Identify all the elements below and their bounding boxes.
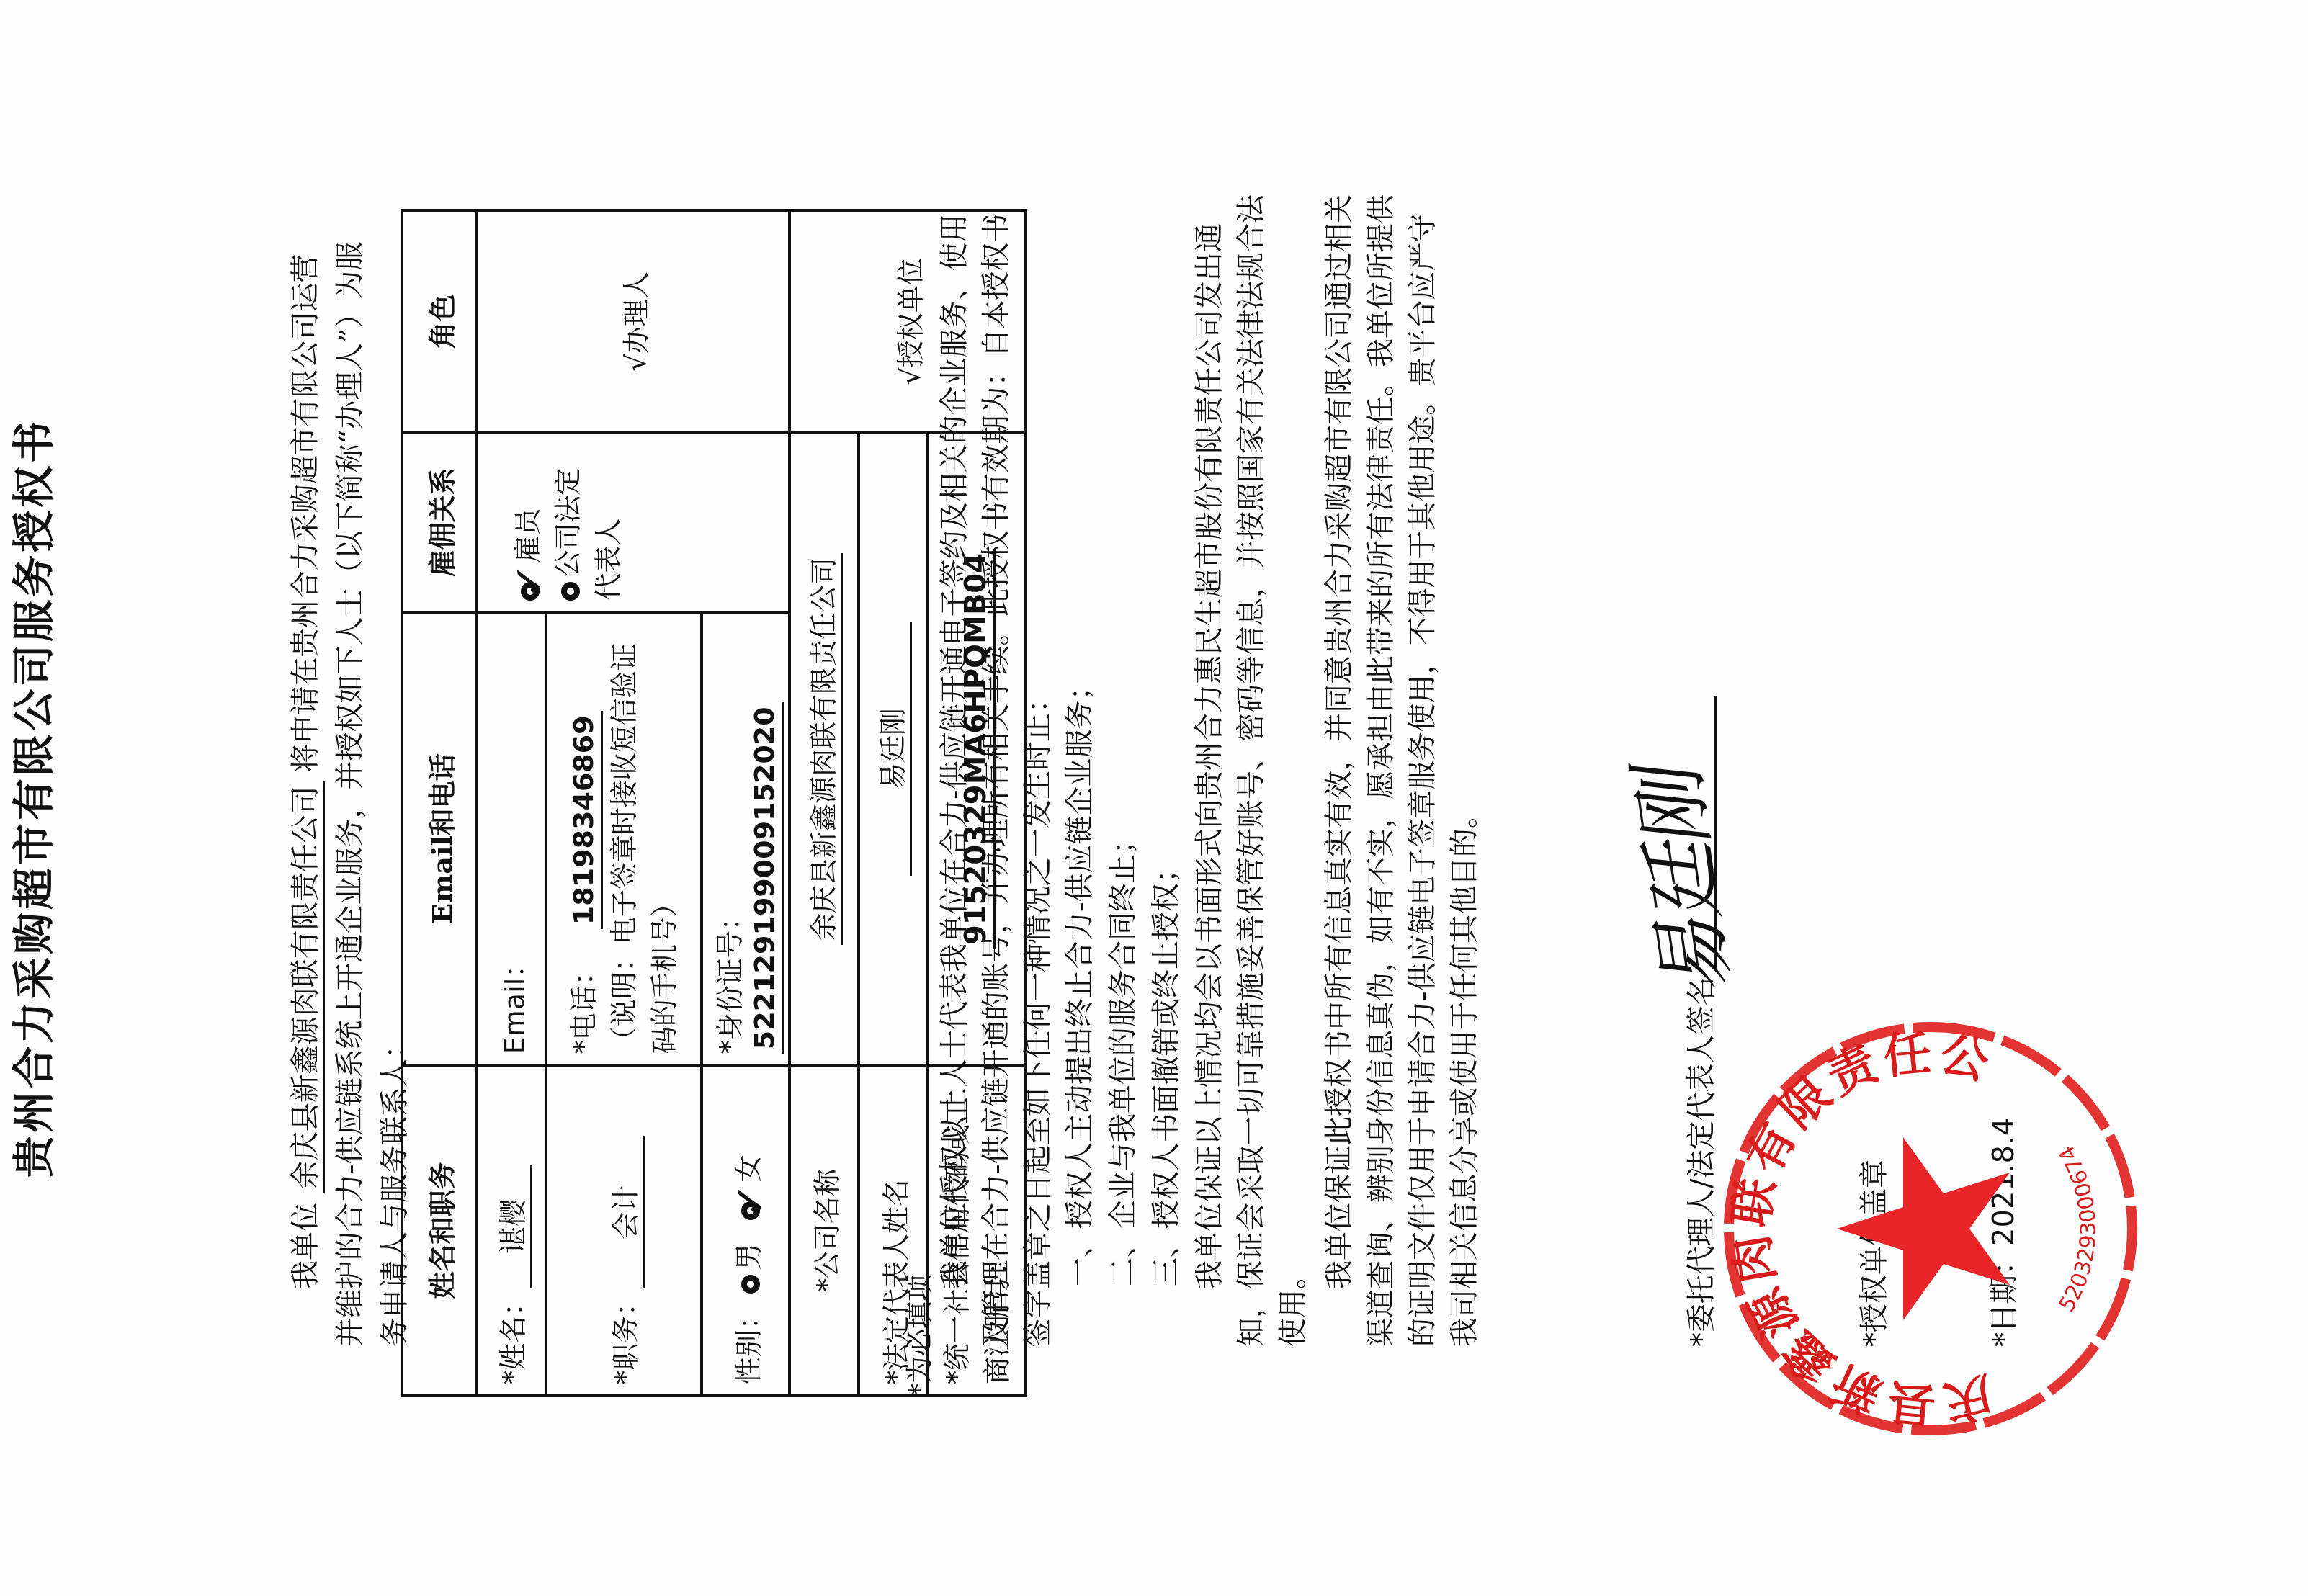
header-email-phone: Email和电话 [402, 612, 477, 1065]
agent-row-1: *姓名：谌樱 Email： ✓雇员 公司法定代表人 √办理人 [477, 210, 546, 1396]
agent-id-number[interactable]: 522129199009152020 [747, 702, 784, 1054]
company-row-1: *公司名称 余庆县新鑫源肉联有限责任公司 √授权单位 [790, 210, 859, 1396]
legal-rep-cell: 易廷刚 [859, 433, 928, 1065]
agent-phone[interactable]: 18198346869 [566, 711, 603, 929]
intro-line-1: 我单位 余庆县新鑫源肉联有限责任公司 将申请在贵州合力采购超市有限公司运营 [285, 202, 326, 1347]
handwritten-signature[interactable]: 易廷刚 [1606, 767, 1750, 1005]
intro-line-2: 并维护的合力-供应链系统上开通企业服务，并授权如下人士（以下简称“办理人”）为服 [330, 202, 370, 1347]
name-label: *姓名： [497, 1288, 529, 1384]
gender-option-male[interactable]: 男 [733, 1243, 764, 1294]
paragraph-1: 我单位授权以上人士代表我单位在合力-供应链开通电子签约及相关的企业服务、使用及管… [934, 194, 1059, 1347]
company-name-cell: 余庆县新鑫源肉联有限责任公司 [790, 433, 859, 1065]
employment-cell: ✓雇员 公司法定代表人 [477, 433, 790, 612]
intro-line1-suffix: 将申请在贵州合力采购超市有限公司运营 [289, 254, 322, 773]
option-label: 女 [733, 1155, 764, 1182]
paragraph-3: 我单位保证此授权书中所有信息真实有效，并同意贵州合力采购超市有限公司通过相关渠道… [1318, 194, 1485, 1347]
legal-rep-name[interactable]: 易廷刚 [875, 622, 912, 876]
position-label: *职务： [609, 1288, 641, 1384]
id-label: *身份证号： [714, 903, 746, 1054]
svg-text:5203293000674: 5203293000674 [2054, 1141, 2101, 1317]
required-note: *为必填项 [897, 1274, 936, 1397]
option-label: 男 [733, 1243, 764, 1270]
phone-label: *电话： [568, 958, 599, 1054]
intro-company-name: 余庆县新鑫源肉联有限责任公司 [288, 781, 325, 1193]
gender-label: 性别： [733, 1302, 764, 1384]
agent-role-cell: √办理人 [477, 210, 790, 433]
agent-phone-cell: *电话：18198346869 （说明：电子签章时接收短信验证码的手机号） [546, 612, 702, 1065]
company-name[interactable]: 余庆县新鑫源肉联有限责任公司 [806, 553, 843, 945]
paragraph-2: 我单位保证以上情况均会以书面形式向贵州合力惠民生超市股份有限责任公司发出通知，保… [1189, 194, 1314, 1347]
clause-3: 三、授权人书面撤销或终止授权； [1145, 134, 1187, 1286]
employment-option-legal-rep[interactable]: 公司法定代表人 [547, 444, 628, 601]
stamp-code: 5203293000674 [2054, 1141, 2101, 1317]
email-label: Email： [498, 951, 530, 1054]
option-label: 公司法定代表人 [552, 468, 624, 601]
agent-name-cell: *姓名：谌樱 [477, 1065, 546, 1396]
agent-gender-cell: 性别： 男 ✓女 [702, 1065, 790, 1396]
checkmark-icon: ✓ [725, 1183, 776, 1219]
clause-1: 一、授权人主动提出终止合力-供应链企业服务； [1059, 134, 1101, 1286]
agent-id-cell: *身份证号：522129199009152020 [702, 612, 790, 1065]
header-name-title: 姓名和职务 [402, 1065, 477, 1396]
agent-position[interactable]: 会计 [608, 1136, 645, 1288]
agent-position-cell: *职务：会计 [546, 1065, 702, 1396]
radio-icon [741, 1275, 760, 1294]
document-title: 贵州合力采购超市有限公司服务授权书 [0, 0, 61, 1596]
company-name-label: *公司名称 [790, 1065, 859, 1396]
phone-note: （说明：电子签章时接收短信验证码的手机号） [604, 624, 684, 1054]
employment-option-employee[interactable]: ✓雇员 [507, 444, 547, 601]
agent-signature-label: *委托代理人/法定代表人签名 [1678, 977, 1719, 1347]
radio-icon [561, 582, 580, 601]
agent-name[interactable]: 谌樱 [496, 1165, 532, 1288]
option-label: 雇员 [511, 508, 543, 562]
company-seal-icon: 余庆县新鑫源肉联有限责任公司 5203293000674 [1714, 1013, 2147, 1445]
gender-option-female[interactable]: ✓女 [733, 1155, 764, 1219]
table-header-row: 姓名和职务 Email和电话 雇佣关系 角色 [402, 210, 477, 1396]
header-role: 角色 [402, 210, 477, 433]
clause-2: 二、企业与我单位的服务合同终止； [1102, 134, 1144, 1286]
agent-email-cell: Email： [477, 612, 546, 1065]
authorization-letter-page: 贵州合力采购超市有限公司服务授权书 我单位 余庆县新鑫源肉联有限责任公司 将申请… [0, 0, 2308, 1596]
header-employment: 雇佣关系 [402, 433, 477, 612]
intro-prefix: 我单位 [289, 1203, 322, 1289]
